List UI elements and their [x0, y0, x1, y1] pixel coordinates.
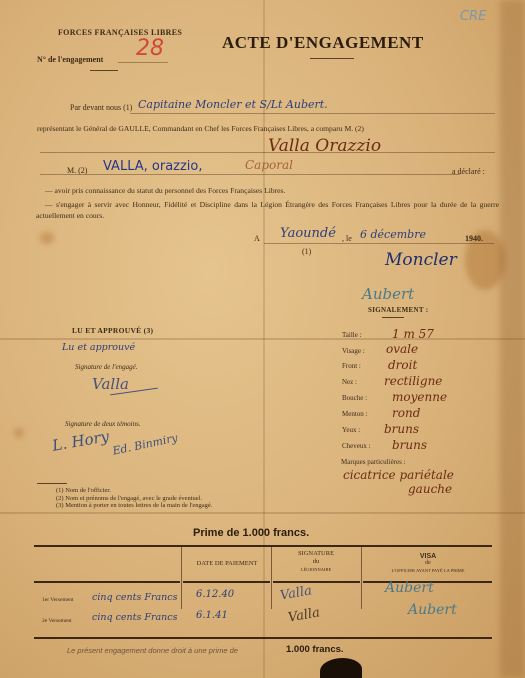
- year: 1940.: [465, 234, 483, 243]
- header-label: VISA: [363, 553, 493, 560]
- column-header-signature: SIGNATURE du LÉGIONNAIRE: [273, 550, 359, 574]
- field-value: ovale: [386, 342, 418, 356]
- field-value: rond: [392, 406, 420, 420]
- signature-engage-label: Signature de l'engagé.: [75, 363, 137, 371]
- field-value: bruns: [392, 438, 427, 452]
- marques-value-1: cicatrice pariétale: [343, 468, 454, 482]
- signalement-row: Front : droit: [340, 358, 470, 374]
- temoin-1-signature: L. Hory: [51, 427, 111, 455]
- prime-footer-text: Le présent engagement donne droit à une …: [67, 646, 238, 655]
- column-header-visa: VISA de L'OFFICIER AYANT PAYÉ LA PRIME: [363, 553, 493, 574]
- header-rule: [273, 581, 360, 583]
- field-label: Visage :: [342, 347, 365, 355]
- officers-name: Capitaine Moncler et S/Lt Aubert.: [138, 98, 328, 111]
- a-declare: a déclaré :: [452, 167, 485, 176]
- row-visa: Aubert: [408, 602, 457, 618]
- signalement-row: Yeux : bruns: [340, 422, 470, 438]
- clause-2: — s'engager à servir avec Honneur, Fidél…: [36, 199, 499, 221]
- column-divider: [361, 547, 362, 609]
- lu-approuve-value: Lu et approuvé: [62, 342, 135, 353]
- row-date: 6.12.40: [196, 589, 234, 600]
- engage-name: VALLA, orazzio,: [103, 159, 203, 174]
- column-header-date: DATE DE PAIEMENT: [185, 560, 269, 567]
- divider: [90, 70, 118, 71]
- column-divider: [271, 547, 272, 609]
- officer-signature-aubert: Aubert: [362, 285, 414, 303]
- signalement-row: Nez : rectiligne: [340, 374, 470, 390]
- page-title: ACTE D'ENGAGEMENT: [222, 33, 424, 53]
- representant-text: représentant le Général de GAULLE, Comma…: [37, 124, 364, 133]
- field-label: Menton :: [342, 410, 367, 418]
- signalement-list: Taille : 1 m 57 Visage : ovale Front : d…: [340, 327, 470, 454]
- row-label: 1er Versement: [42, 597, 74, 603]
- row-visa: Aubert: [385, 580, 434, 596]
- signalement-row: Visage : ovale: [340, 344, 470, 358]
- footnote-1: (1) Nom de l'officier.: [56, 487, 212, 495]
- header-rule: [183, 581, 270, 583]
- field-value: droit: [388, 358, 417, 372]
- signalement-title: SIGNALEMENT :: [368, 306, 428, 314]
- field-line: [40, 174, 460, 175]
- field-value: 1 m 57: [392, 327, 434, 341]
- engage-grade: Caporal: [245, 158, 293, 172]
- row-amount: cinq cents Francs: [92, 612, 177, 623]
- field-value: bruns: [384, 422, 419, 436]
- field-label: Yeux :: [342, 426, 360, 434]
- place-value: Yaoundé: [280, 226, 336, 241]
- marques-value-2: gauche: [408, 482, 452, 496]
- engagement-number-line: [118, 62, 168, 63]
- header-sub: LÉGIONNAIRE: [273, 566, 359, 574]
- signature-engage: Valla: [92, 375, 129, 393]
- officer-signature-moncler: Moncler: [385, 250, 457, 270]
- footnote-2: (2) Nom et prénoms de l'engagé, avec le …: [56, 495, 212, 503]
- comparu-name: Valla Orazzio: [268, 136, 381, 156]
- field-label: Taille :: [342, 331, 362, 339]
- footnote-3: (3) Mention à porter en toutes lettres d…: [56, 502, 212, 510]
- signalement-row: Bouche : moyenne: [340, 390, 470, 406]
- temoin-2-signature: Ed. Binmiry: [111, 431, 178, 457]
- engagement-number: 28: [136, 36, 164, 61]
- torn-hole: [320, 658, 362, 678]
- divider: [37, 483, 67, 484]
- column-divider: [181, 547, 182, 609]
- corner-annotation: CRE: [460, 9, 486, 24]
- stain: [40, 232, 54, 244]
- row-signature: Valla: [279, 583, 313, 603]
- signalement-row: Cheveux : bruns: [340, 438, 470, 454]
- row-signature: Valla: [287, 605, 321, 625]
- row-label: 2e Versement: [42, 618, 72, 624]
- prime-footer-amount: 1.000 francs.: [286, 644, 344, 655]
- prime-title: Prime de 1.000 francs.: [193, 527, 309, 539]
- clause-1: — avoir pris connaissance du statut du p…: [45, 186, 285, 195]
- row-date: 6.1.41: [196, 610, 228, 621]
- header-rule: [34, 581, 180, 583]
- lu-approuve-label: LU ET APPROUVÉ (3): [72, 326, 153, 335]
- footnote-ref: (1): [302, 247, 311, 256]
- signalement-row: Menton : rond: [340, 406, 470, 422]
- divider: [310, 58, 354, 59]
- engagement-number-label: N° de l'engagement: [37, 55, 103, 64]
- date-prefix: , le: [342, 234, 352, 243]
- par-devant-label: Par devant nous (1): [70, 103, 132, 112]
- field-label: Cheveux :: [342, 442, 371, 450]
- header-sub: L'OFFICIER AYANT PAYÉ LA PRIME: [363, 567, 493, 574]
- table-bottom-rule: [34, 637, 492, 639]
- place-prefix: A: [254, 234, 260, 243]
- date-value: 6 décembre: [360, 228, 426, 241]
- field-value: moyenne: [392, 390, 447, 404]
- field-label: Front :: [342, 362, 361, 370]
- header-label: SIGNATURE: [273, 550, 359, 558]
- divider: [382, 317, 404, 318]
- field-line: [264, 243, 494, 244]
- marques-label: Marques particulières :: [341, 458, 406, 466]
- row-amount: cinq cents Francs: [92, 592, 177, 603]
- header-sub: de: [363, 560, 493, 567]
- field-label: Bouche :: [342, 394, 367, 402]
- stain: [14, 428, 24, 438]
- table-top-rule: [34, 545, 492, 547]
- field-label: Nez :: [342, 378, 357, 386]
- field-line: [130, 113, 495, 114]
- header-sub: du: [273, 558, 359, 566]
- footnotes: (1) Nom de l'officier. (2) Nom et prénom…: [56, 487, 212, 510]
- field-value: rectiligne: [384, 374, 442, 388]
